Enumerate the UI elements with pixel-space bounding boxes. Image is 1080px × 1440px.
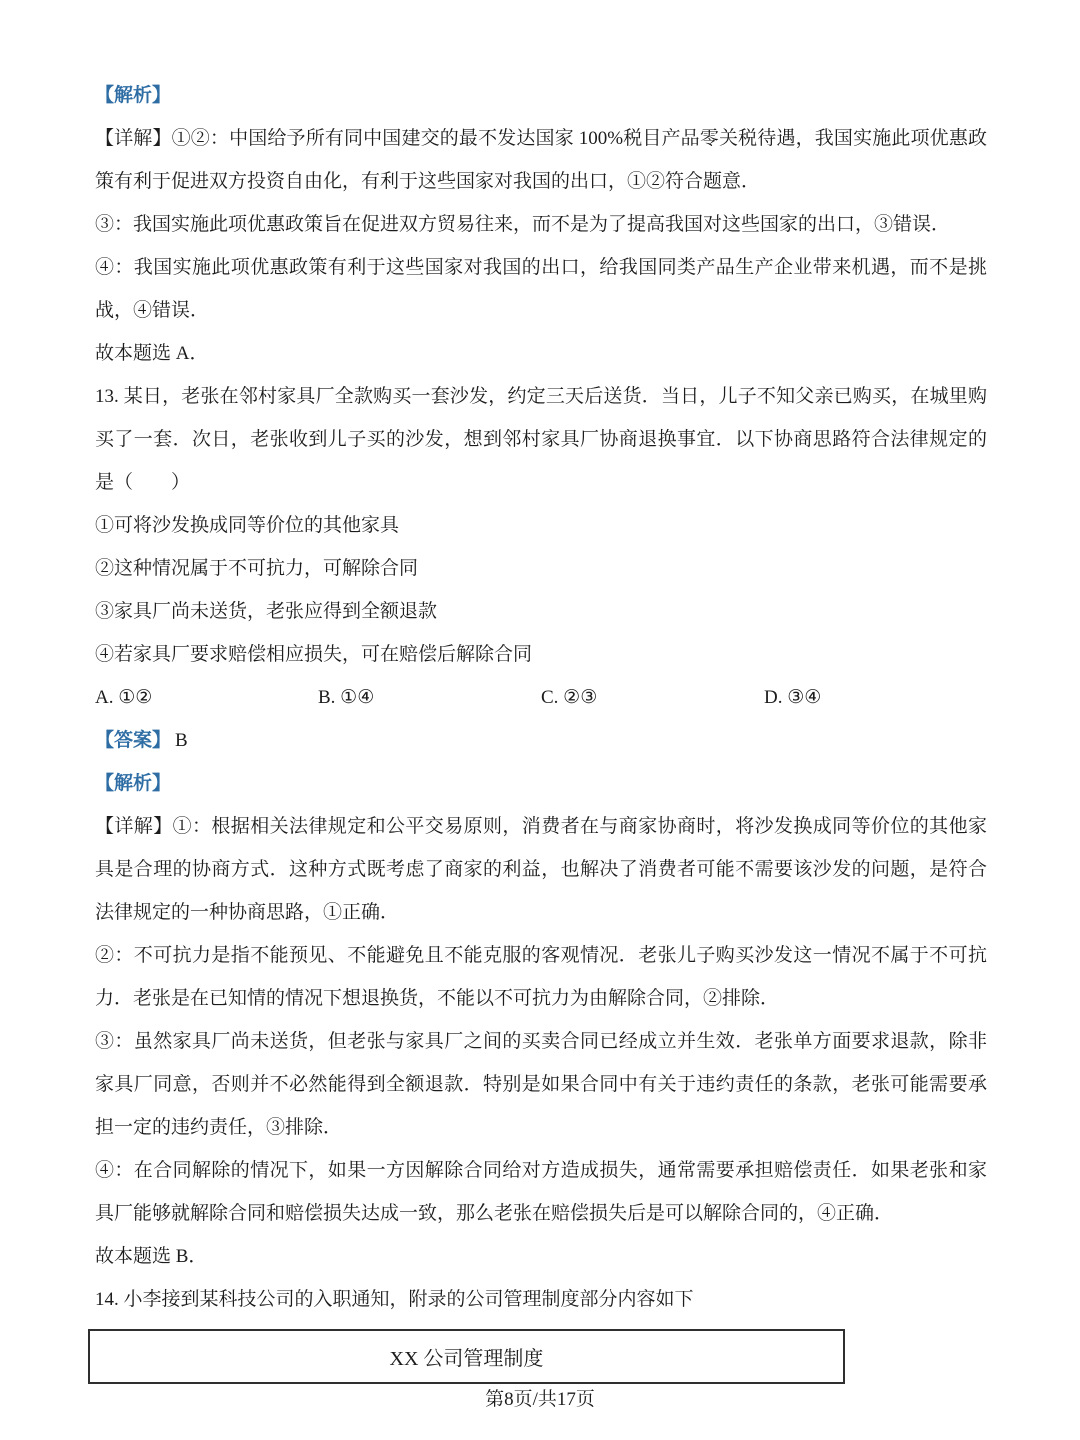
q13-conclusion: 故本题选 B． <box>95 1235 987 1278</box>
jiexi-label: 【解析】 <box>95 85 171 106</box>
document-page-content: 【解析】 【详解】①②：中国给予所有同中国建交的最不发达国家 100%税目产品零… <box>95 74 987 1384</box>
q12-analysis-heading: 【解析】 <box>95 74 987 117</box>
question-13-stem: 13. 某日，老张在邻村家具厂全款购买一套沙发，约定三天后送货．当日，儿子不知父… <box>95 375 987 504</box>
jiexi-label: 【解析】 <box>95 773 171 794</box>
q13-answer-line: 【答案】B <box>95 719 987 762</box>
q13-detail-text: ①：根据相关法律规定和公平交易原则，消费者在与商家协商时，将沙发换成同等价位的其… <box>95 816 987 923</box>
choice-d: D. ③④ <box>764 676 987 719</box>
q13-statement-3: ③家具厂尚未送货，老张应得到全额退款 <box>95 590 987 633</box>
company-rules-box-title: XX 公司管理制度 <box>390 1342 544 1371</box>
q13-point4-paragraph: ④：在合同解除的情况下，如果一方因解除合同给对方造成损失，通常需要承担赔偿责任．… <box>95 1149 987 1235</box>
q12-point4-paragraph: ④：我国实施此项优惠政策有利于这些国家对我国的出口，给我国同类产品生产企业带来机… <box>95 246 987 332</box>
choice-c: C. ②③ <box>541 676 764 719</box>
choice-b: B. ①④ <box>318 676 541 719</box>
q13-statement-4: ④若家具厂要求赔偿相应损失，可在赔偿后解除合同 <box>95 633 987 676</box>
q13-analysis-heading: 【解析】 <box>95 762 987 805</box>
xiangjie-label: 【详解】 <box>95 128 172 149</box>
q12-detail-paragraph: 【详解】①②：中国给予所有同中国建交的最不发达国家 100%税目产品零关税待遇，… <box>95 117 987 203</box>
q13-choices-row: A. ①② B. ①④ C. ②③ D. ③④ <box>95 676 987 719</box>
answer-value: B <box>175 730 188 751</box>
answer-label: 【答案】 <box>95 730 171 751</box>
xiangjie-label: 【详解】 <box>95 816 173 837</box>
q13-point3-paragraph: ③：虽然家具厂尚未送货，但老张与家具厂之间的买卖合同已经成立并生效．老张单方面要… <box>95 1020 987 1149</box>
q13-point2-paragraph: ②：不可抗力是指不能预见、不能避免且不能克服的客观情况．老张儿子购买沙发这一情况… <box>95 934 987 1020</box>
q12-detail-text: ①②：中国给予所有同中国建交的最不发达国家 100%税目产品零关税待遇，我国实施… <box>95 128 987 192</box>
q13-statement-2: ②这种情况属于不可抗力，可解除合同 <box>95 547 987 590</box>
company-rules-box: XX 公司管理制度 <box>88 1329 845 1384</box>
q13-statement-1: ①可将沙发换成同等价位的其他家具 <box>95 504 987 547</box>
page-number-footer: 第8页/共17页 <box>0 1384 1080 1411</box>
q13-detail-paragraph: 【详解】①：根据相关法律规定和公平交易原则，消费者在与商家协商时，将沙发换成同等… <box>95 805 987 934</box>
choice-a: A. ①② <box>95 676 318 719</box>
question-14-stem: 14. 小李接到某科技公司的入职通知，附录的公司管理制度部分内容如下 <box>95 1278 987 1321</box>
q12-conclusion: 故本题选 A． <box>95 332 987 375</box>
q12-point3-paragraph: ③：我国实施此项优惠政策旨在促进双方贸易往来，而不是为了提高我国对这些国家的出口… <box>95 203 987 246</box>
